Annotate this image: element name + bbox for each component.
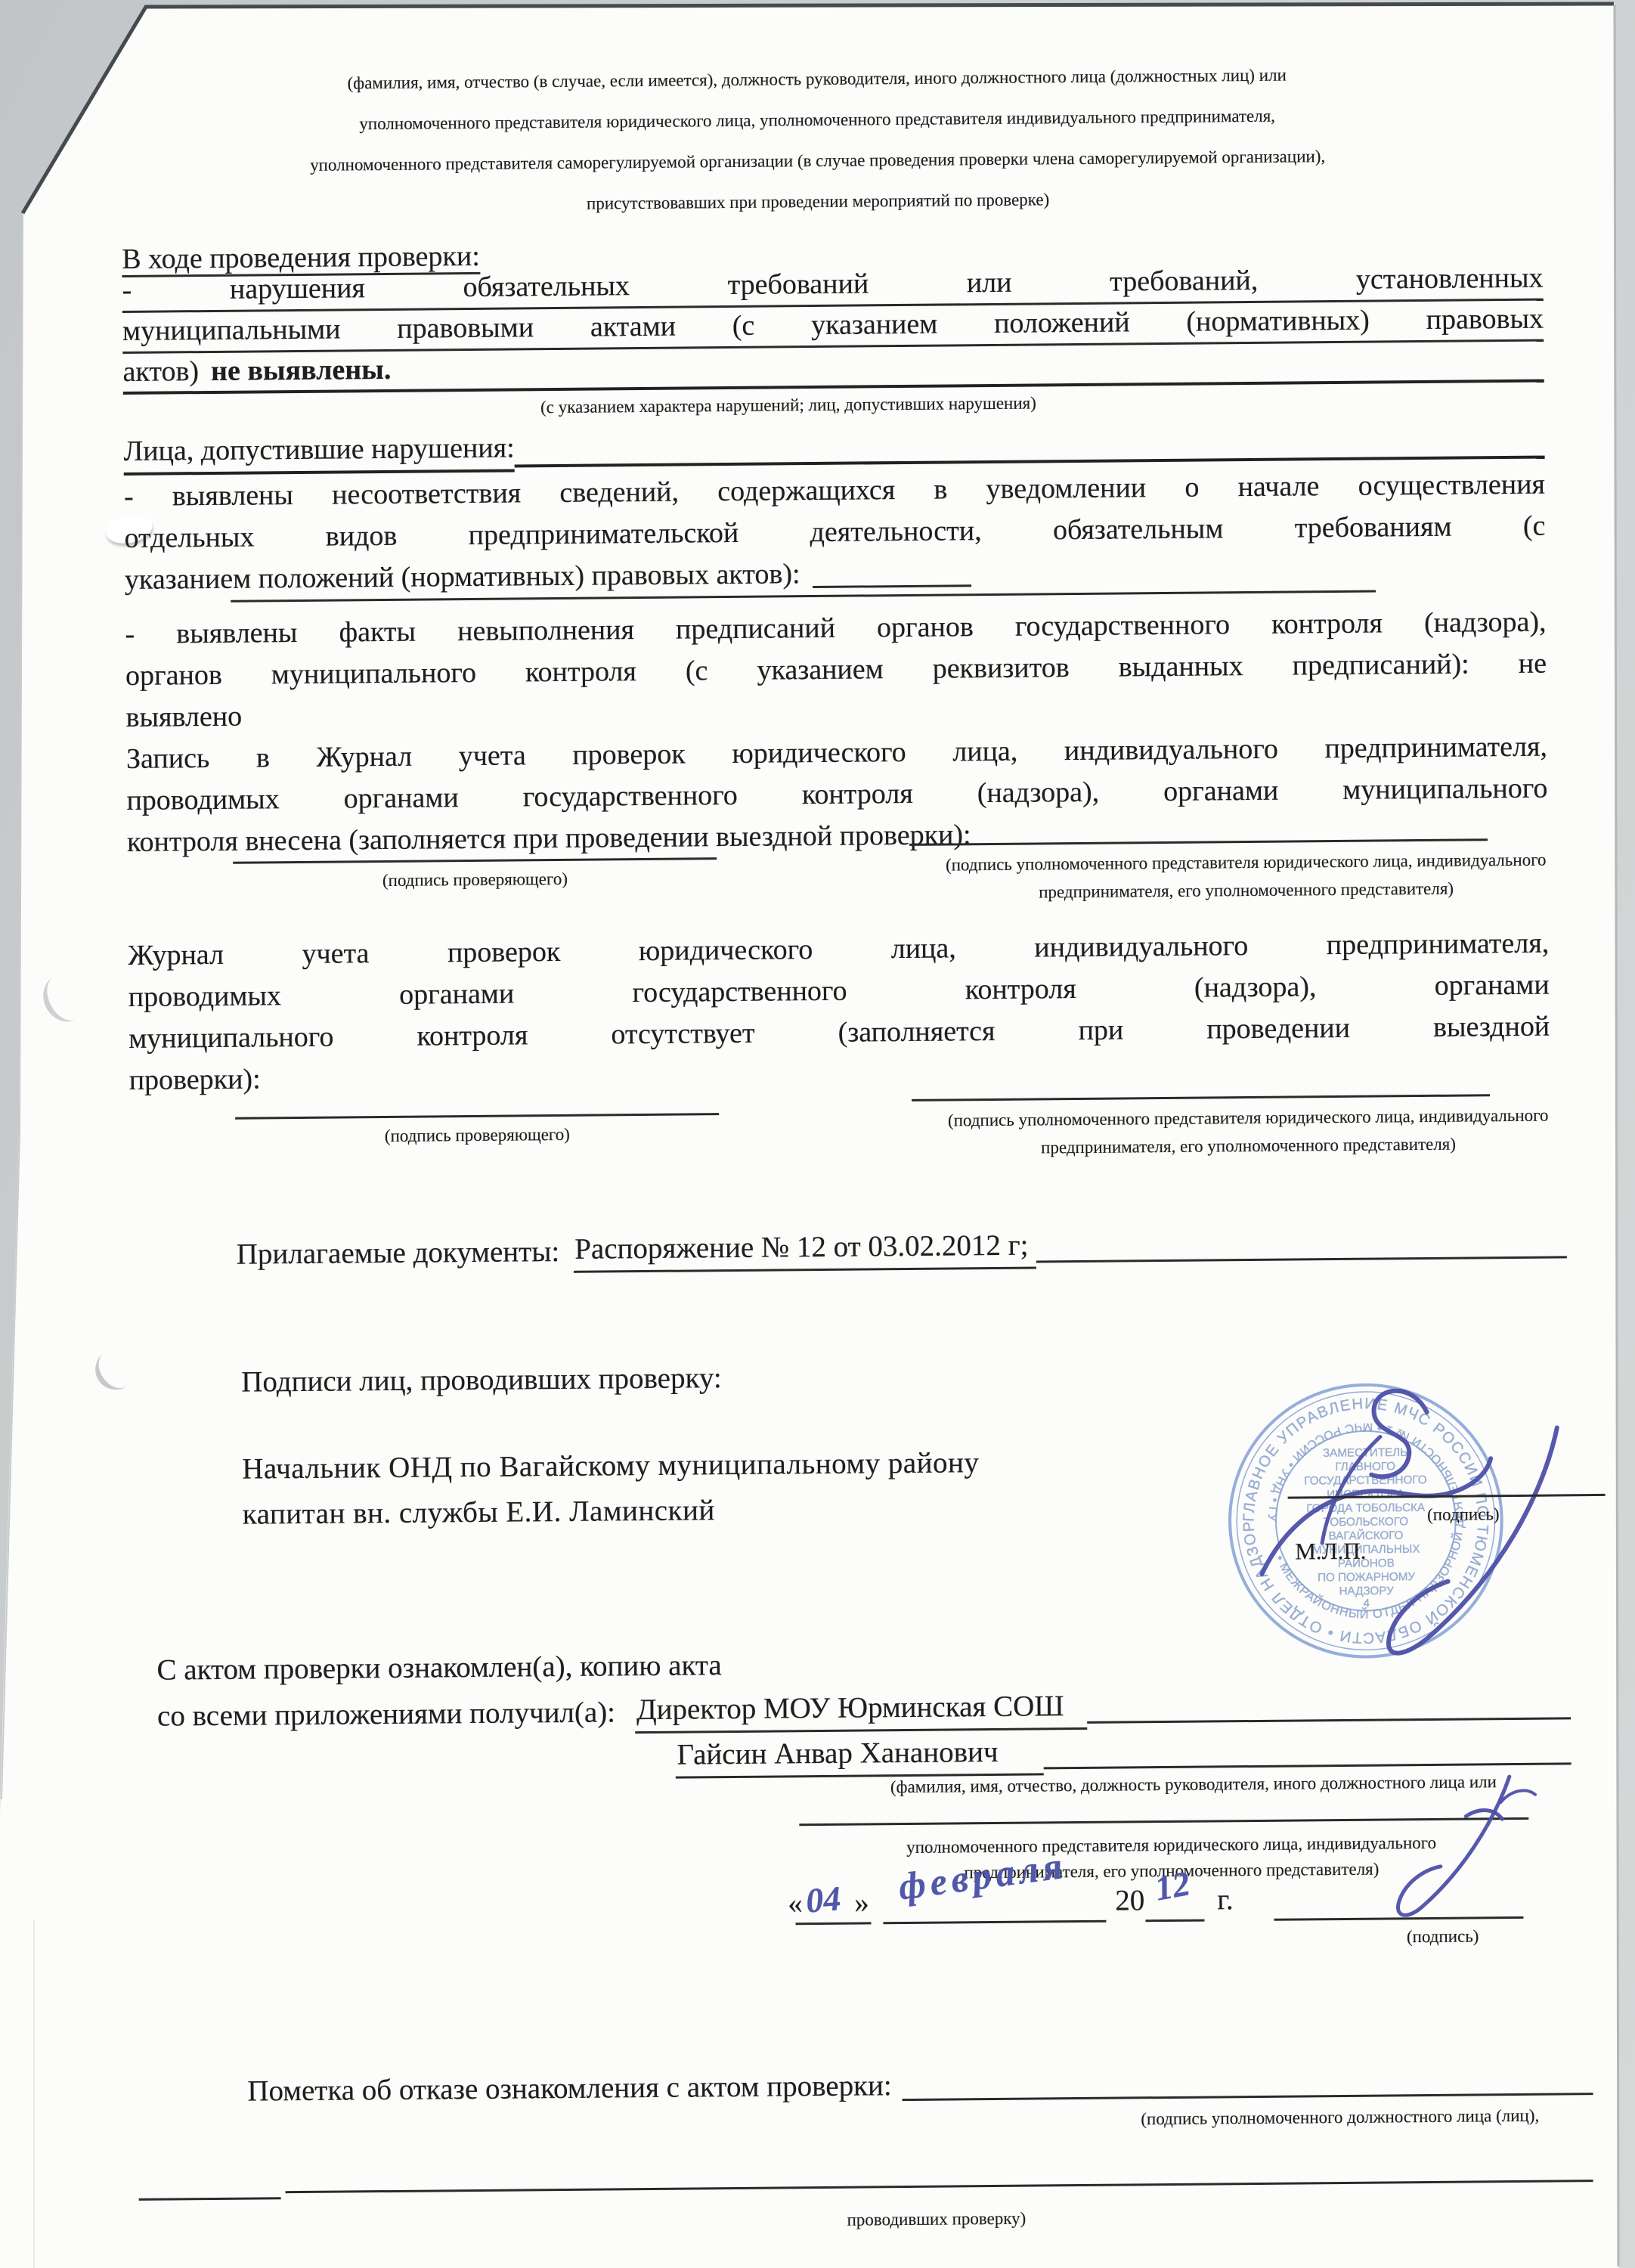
signature-caption-inspector: (подпись проверяющего) — [233, 865, 717, 895]
signature-rule-representative — [909, 838, 1488, 846]
recipient-name: Гайсин Анвар Хананович — [675, 1730, 1043, 1778]
mismatch-line-text: указанием положений (нормативных) правов… — [125, 553, 800, 601]
refusal-label: Пометка об отказе ознакомления с актом п… — [247, 2065, 892, 2112]
document-content: (фамилия, имя, отчество (в случае, если … — [0, 0, 1635, 2268]
violations-line-prefix: актов) — [122, 353, 199, 392]
refusal-caption-1: (подпись уполномоченного должностного ли… — [1091, 2102, 1590, 2133]
refusal-caption-2: проводивших проверку) — [763, 2205, 1110, 2234]
signature-rule-inspector — [233, 857, 717, 864]
inspector-signature-caption: (подпись) — [1395, 1501, 1531, 1529]
inspector-position: Начальник ОНД по Вагайскому муниципально… — [242, 1440, 980, 1492]
facts-paragraph: - выявлены факты невыполнения предписани… — [125, 602, 1547, 739]
handwritten-year: 12 — [1152, 1863, 1194, 1908]
year-rule — [1145, 1919, 1204, 1923]
signature-rule-inspector — [235, 1113, 719, 1120]
scanned-inspection-act-page: (фамилия, имя, отчество (в случае, если … — [0, 0, 1635, 2268]
blank-rule — [903, 2093, 1593, 2101]
acquainted-line-1: С актом проверки ознакомлен(а), копию ак… — [156, 1644, 722, 1692]
signature-caption-representative: (подпись уполномоченного представителя ю… — [847, 1100, 1635, 1163]
signature-caption-representative: (подпись уполномоченного представителя ю… — [845, 844, 1635, 907]
recipient-position: Директор МОУ Юрминская СОШ — [635, 1685, 1087, 1734]
mlp-seal-mark: М.Л.П. — [1295, 1538, 1367, 1566]
violations-caption: (с указанием характера нарушений; лиц, д… — [426, 389, 1151, 421]
short-blank-rule — [813, 584, 971, 588]
violations-statement: - нарушения обязательных требований или … — [122, 260, 1544, 395]
blank-rule — [1087, 1717, 1571, 1724]
inspector-name-block: Начальник ОНД по Вагайскому муниципально… — [242, 1440, 980, 1538]
date-quote-close: » — [854, 1882, 869, 1924]
journal-absent-paragraph: Журнал учета проверок юридического лица,… — [128, 923, 1550, 1101]
header-note: (фамилия, имя, отчество (в случае, если … — [45, 52, 1590, 229]
blank-rule — [1036, 1256, 1567, 1263]
signature-block-2: (подпись проверяющего) (подпись уполномо… — [129, 1079, 1551, 1193]
attachments-line: Прилагаемые документы: Распоряжение № 12… — [236, 1219, 1566, 1275]
handwritten-day: 04 — [804, 1878, 842, 1920]
recipient-signature-stroke — [1352, 1762, 1565, 1938]
blank-rule — [139, 2197, 281, 2201]
signatures-title: Подписи лиц, проводивших проверку: — [241, 1357, 722, 1404]
blank-rule — [286, 2180, 1593, 2193]
signature-rule-representative — [912, 1094, 1490, 1101]
persons-violations-label: Лица, допустившие нарушения: — [123, 427, 515, 476]
not-revealed-text: не выявлены. — [211, 352, 392, 391]
month-rule — [883, 1920, 1106, 1925]
date-year-letter: г. — [1217, 1879, 1234, 1921]
recipient-signature-caption: (подпись) — [1367, 1923, 1519, 1950]
date-century: 20 — [1115, 1879, 1144, 1922]
date-quote-open: « — [788, 1882, 803, 1925]
attachments-value: Распоряжение № 12 от 03.02.2012 г; — [573, 1224, 1036, 1272]
acquainted-label: со всеми приложениями получил(а): — [157, 1691, 615, 1737]
day-rule — [795, 1922, 871, 1925]
mismatch-paragraph: - выявлены несоответствия сведений, соде… — [124, 464, 1546, 601]
signature-caption-inspector: (подпись проверяющего) — [235, 1120, 719, 1151]
signature-block-1: (подпись проверяющего) (подпись уполномо… — [127, 823, 1549, 937]
attachments-label: Прилагаемые документы: — [236, 1231, 559, 1276]
inspector-rank-name: капитан вн. службы Е.И. Ламинский — [242, 1486, 980, 1538]
